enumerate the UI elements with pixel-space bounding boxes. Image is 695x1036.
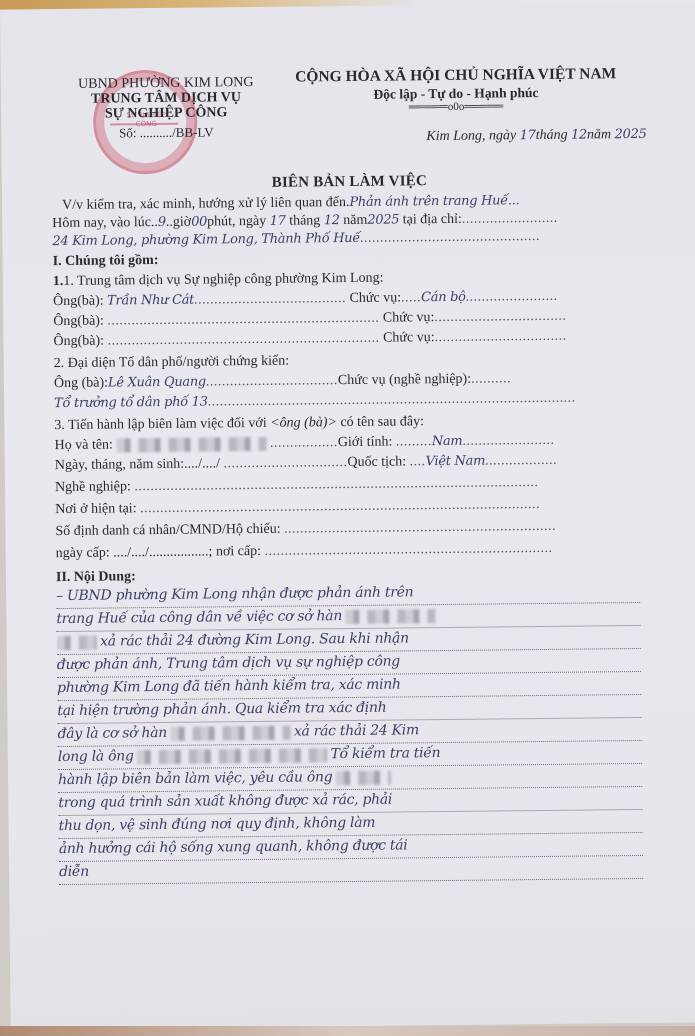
- photo-background-bottom: [0, 1026, 695, 1036]
- occupation-row: Nghề nghiệp: ...........................…: [55, 473, 645, 497]
- redacted-text: [57, 635, 97, 649]
- document-page: SỰ NGHIỆP CÔNG UBND PHƯỜNG KIM LONG TRUN…: [0, 2, 695, 1029]
- redacted-text: [170, 725, 290, 740]
- residence-row: Nơi ở hiện tại: ........................…: [55, 495, 645, 519]
- date-month: 12: [571, 127, 587, 142]
- subject-dob-row: Ngày, tháng, năm sinh:..../..../ .......…: [55, 451, 645, 475]
- document-number: Số: ........../BB-LV: [61, 124, 271, 141]
- agency-line-2: TRUNG TÂM DỊCH VỤ: [61, 90, 271, 107]
- agency-header: UBND PHƯỜNG KIM LONG TRUNG TÂM DỊCH VỤ S…: [61, 75, 272, 141]
- witness-role-row: Tổ trưởng tổ dân phố 13.................…: [54, 389, 644, 413]
- content-line: diễn: [59, 855, 643, 885]
- place-date: Kim Long, ngày 17tháng 12năm 2025: [426, 127, 646, 145]
- redacted-name: [116, 437, 266, 453]
- issue-row: ngày cấp: ..../..../.................; n…: [56, 539, 646, 563]
- redacted-text: [336, 770, 391, 785]
- subject-value: Phản ánh trên trang Huế...: [349, 193, 519, 210]
- nation-title: CỘNG HÒA XÃ HỘI CHỦ NGHĨA VIỆT NAM: [286, 65, 626, 87]
- header-separator: ═════o0o═════: [286, 99, 626, 115]
- national-header: CỘNG HÒA XÃ HỘI CHỦ NGHĨA VIỆT NAM Độc l…: [286, 65, 626, 115]
- date-day: 17: [520, 128, 536, 143]
- redacted-text: [345, 609, 435, 624]
- redacted-text: [137, 748, 327, 764]
- address-value: 24 Kim Long, phường Kim Long, Thành Phố …: [52, 231, 360, 249]
- id-row: Số định danh cá nhân/CMND/Hộ chiếu: ....…: [55, 517, 645, 541]
- member-row-3: Ông(bà): ...............................…: [53, 327, 643, 351]
- date-year: 2025: [615, 127, 647, 142]
- agency-line-3: SỰ NGHIỆP CÔNG: [61, 105, 271, 122]
